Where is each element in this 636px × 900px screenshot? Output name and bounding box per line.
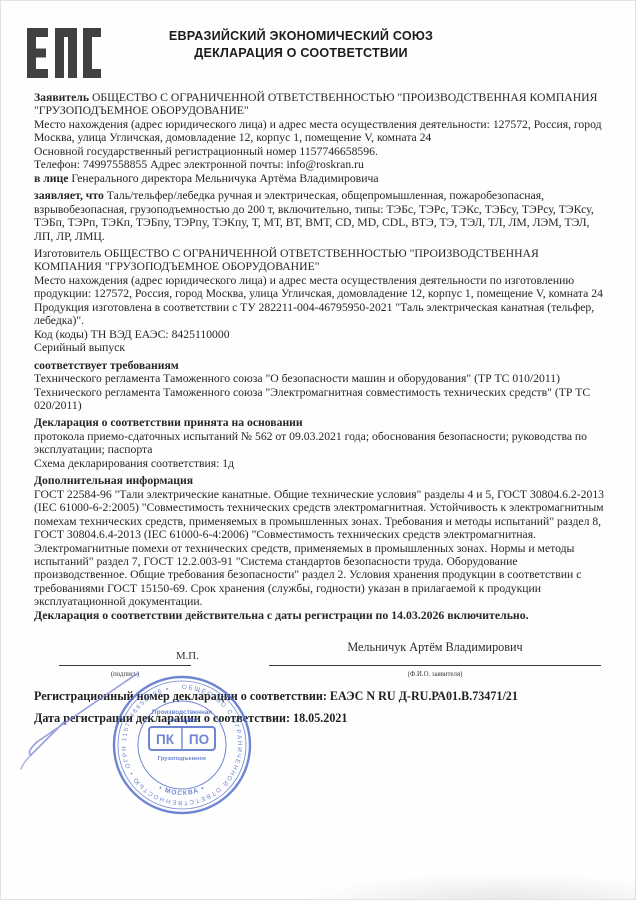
text-run: соответствует требованиям (34, 359, 179, 372)
svg-text:• МОСКВА •: • МОСКВА • (158, 785, 207, 797)
text-run: Дополнительная информация (34, 474, 193, 487)
paragraph: Телефон: 74997558855 Адрес электронной п… (34, 158, 608, 171)
paragraph: протокола приемо-сдаточных испытаний № 5… (34, 430, 608, 457)
paragraph: соответствует требованиям (34, 359, 608, 372)
text-run: Продукция изготовлена в соответствии с Т… (34, 301, 594, 327)
registration-number-label: Регистрационный номер декларации о соотв… (34, 689, 330, 703)
stamp-city-text: • МОСКВА • (158, 785, 207, 797)
paragraph: Заявитель ОБЩЕСТВО С ОГРАНИЧЕННОЙ ОТВЕТС… (34, 91, 608, 118)
paragraph: Технического регламента Таможенного союз… (34, 372, 608, 385)
document-header: ЕВРАЗИЙСКИЙ ЭКОНОМИЧЕСКИЙ СОЮЗ ДЕКЛАРАЦИ… (111, 28, 491, 62)
stamp-company-line3: Грузоподъемное (158, 756, 207, 762)
text-run: в лице (34, 172, 71, 185)
eac-logo-icon (27, 27, 101, 79)
name-line (269, 665, 601, 666)
text-run: протокола приемо-сдаточных испытаний № 5… (34, 430, 587, 456)
text-run: Технического регламента Таможенного союз… (34, 386, 590, 412)
signature-line (59, 665, 191, 666)
text-run: Таль/тельфер/лебедка ручная и электричес… (34, 189, 594, 242)
paragraph: Схема декларирования соответствия: 1д (34, 457, 608, 470)
stamp-logo-right: ПО (189, 732, 209, 747)
paragraph: в лице Генерального директора Мельничука… (34, 172, 608, 185)
registration-date-line: Дата регистрации декларации о соответств… (34, 712, 608, 725)
applicant-name: Мельничук Артём Владимирович (269, 641, 601, 654)
paragraph: Код (коды) ТН ВЭД ЕАЭС: 8425110000 (34, 328, 608, 341)
scan-shadow (301, 873, 636, 900)
text-run: заявляет, что (34, 189, 107, 202)
validity-statement: Декларация о соответствии действительна … (34, 609, 608, 622)
header-doc-title: ДЕКЛАРАЦИЯ О СООТВЕТСТВИИ (111, 45, 491, 62)
registration-number-line: Регистрационный номер декларации о соотв… (34, 690, 608, 703)
text-run: Основной государственный регистрационный… (34, 145, 378, 158)
stamp-logo-left: ПК (156, 732, 175, 747)
document-body: Заявитель ОБЩЕСТВО С ОГРАНИЧЕННОЙ ОТВЕТС… (34, 91, 608, 725)
paragraph: Продукция изготовлена в соответствии с Т… (34, 301, 608, 328)
text-run: Код (коды) ТН ВЭД ЕАЭС: 8425110000 (34, 328, 230, 341)
paragraph: Декларация о соответствии принята на осн… (34, 416, 608, 429)
text-run: Декларация о соответствии принята на осн… (34, 416, 303, 429)
signature-block: Мельничук Артём Владимирович (подпись) (… (34, 628, 608, 690)
registration-number-value: ЕАЭС N RU Д-RU.РА01.В.73471/21 (330, 689, 518, 703)
text-run: Заявитель (34, 91, 92, 104)
signature-caption: (подпись) (71, 668, 179, 681)
text-run: Серийный выпуск (34, 341, 125, 354)
stamp-place-label: М.П. (176, 650, 199, 663)
text-run: Место нахождения (адрес юридического лиц… (34, 274, 603, 300)
paragraph: Основной государственный регистрационный… (34, 145, 608, 158)
header-union-title: ЕВРАЗИЙСКИЙ ЭКОНОМИЧЕСКИЙ СОЮЗ (111, 28, 491, 45)
paragraph: ГОСТ 22584-96 "Тали электрические канатн… (34, 488, 608, 609)
paragraph: Технического регламента Таможенного союз… (34, 386, 608, 413)
text-run: Место нахождения (адрес юридического лиц… (34, 118, 602, 144)
text-run: Изготовитель ОБЩЕСТВО С ОГРАНИЧЕННОЙ ОТВ… (34, 247, 539, 273)
declaration-document: ЕВРАЗИЙСКИЙ ЭКОНОМИЧЕСКИЙ СОЮЗ ДЕКЛАРАЦИ… (0, 0, 636, 900)
paragraph: Изготовитель ОБЩЕСТВО С ОГРАНИЧЕННОЙ ОТВ… (34, 247, 608, 274)
name-caption: (Ф.И.О. заявителя) (369, 668, 501, 681)
text-run: Генерального директора Мельничука Артёма… (71, 172, 378, 185)
paragraph: Место нахождения (адрес юридического лиц… (34, 118, 608, 145)
registration-date-value: 18.05.2021 (293, 711, 347, 725)
text-run: ГОСТ 22584-96 "Тали электрические канатн… (34, 488, 604, 609)
paragraph: Дополнительная информация (34, 474, 608, 487)
paragraph: Серийный выпуск (34, 341, 608, 354)
text-run: Технического регламента Таможенного союз… (34, 372, 560, 385)
text-run: ОБЩЕСТВО С ОГРАНИЧЕННОЙ ОТВЕТСТВЕННОСТЬЮ… (34, 91, 597, 117)
paragraph: Место нахождения (адрес юридического лиц… (34, 274, 608, 301)
text-run: Схема декларирования соответствия: 1д (34, 457, 234, 470)
paragraphs-container: Заявитель ОБЩЕСТВО С ОГРАНИЧЕННОЙ ОТВЕТС… (34, 91, 608, 609)
registration-date-label: Дата регистрации декларации о соответств… (34, 711, 293, 725)
text-run: Телефон: 74997558855 Адрес электронной п… (34, 158, 364, 171)
paragraph: заявляет, что Таль/тельфер/лебедка ручна… (34, 189, 608, 243)
